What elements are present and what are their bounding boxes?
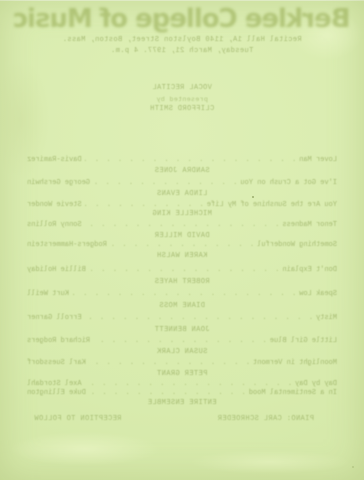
piece-title: In a Sentimental Mood (249, 389, 337, 397)
piece-title: Day by Day (295, 380, 337, 388)
piece-title: Don't Explain (282, 266, 337, 274)
program-performer: DAVID MILLER (27, 232, 337, 240)
piece-composer: Stevie Wonder (27, 201, 82, 209)
program-piece: Something Wonderful . . . . . . . . . . … (27, 241, 337, 249)
mirrored-bleedthrough-layer: Berklee College of Music Recital Hall 1A… (0, 0, 364, 480)
piece-title: Something Wonderful (257, 241, 337, 249)
date-line: Tuesday, March 21, 1977. 4 p.m. (27, 47, 337, 55)
piece-title: Misty (316, 314, 337, 322)
program-piece: In a Sentimental Mood . . . . . . . . . … (27, 389, 337, 397)
dot-leader: . . . . . . . . . . . . . . . . . . . . … (93, 337, 267, 345)
program-piece: Moonlight in Vermont . . . . . . . . . .… (27, 359, 337, 367)
piece-composer: Richard Rodgers (27, 337, 90, 345)
dot-leader: . . . . . . . . . . . . . . . . . . . . … (89, 389, 246, 397)
dot-leader: . . . . . . . . . . . . . . . . . . . . … (89, 359, 250, 367)
dot-leader: . . . . . . . . . . . . . . . . . . . . … (89, 266, 280, 274)
venue-line: Recital Hall 1A, 1140 Boylston Street, B… (27, 36, 337, 44)
piece-title: Tenor Madness (282, 221, 337, 229)
piece-title: Speak Low (299, 290, 337, 298)
program-piece: I've Got a Crush on You . . . . . . . . … (27, 179, 337, 187)
dot-leader: . . . . . . . . . . . . . . . . . . . . … (72, 290, 296, 298)
presented-by-line: presented by (27, 96, 337, 104)
program-performer: LINDA EVANS (27, 190, 337, 198)
piece-composer: Axel Stordahl (27, 380, 82, 388)
program-performer: KAREN WALSH (27, 252, 337, 260)
piece-composer: Kurt Weill (27, 290, 69, 298)
college-logo-text: Berklee College of Music (0, 4, 364, 34)
program-performer: PETER GRANT (27, 370, 337, 378)
piece-composer: Davis-Ramirez (27, 156, 82, 164)
dot-leader: . . . . . . . . . . . . . . . . . . . . … (85, 221, 280, 229)
program-performer: SUSAN CLARK (27, 348, 337, 356)
piece-title: Little Girl Blue (270, 337, 337, 345)
program-piece: Tenor Madness . . . . . . . . . . . . . … (27, 221, 337, 229)
program-piece: Lover Man . . . . . . . . . . . . . . . … (27, 156, 337, 164)
program-performer: ROBERT HAYES (27, 278, 337, 286)
program-piece: You Are the Sunshine of My Life . . . . … (27, 201, 337, 209)
presenter-name: CLIFFORD SMITH (27, 105, 337, 113)
footer-left-note: PIANO: CARL SCHROEDER (217, 415, 314, 423)
dot-leader: . . . . . . . . . . . . . . . . . . . . … (85, 156, 297, 164)
piece-title: You Are the Sunshine of My Life (207, 201, 337, 209)
program-performer: SANDRA JONES (27, 167, 337, 175)
piece-composer: Billie Holiday (27, 266, 86, 274)
dot-leader: . . . . . . . . . . . . . . . . . . . . … (110, 241, 254, 249)
program-piece: Speak Low . . . . . . . . . . . . . . . … (27, 290, 337, 298)
ink-speck (352, 466, 354, 468)
dot-leader: . . . . . . . . . . . . . . . . . . . . … (85, 380, 292, 388)
piece-title: I've Got a Crush on You (240, 179, 337, 187)
program-performer: MICHELLE KING (27, 210, 337, 218)
piece-composer: Sonny Rollins (27, 221, 82, 229)
scanned-program-page: Berklee College of Music Recital Hall 1A… (0, 0, 364, 480)
program-finale-line: ENTIRE ENSEMBLE (27, 399, 337, 407)
program-piece: Little Girl Blue . . . . . . . . . . . .… (27, 337, 337, 345)
program-performer: DIANE MOSS (27, 302, 337, 310)
piece-composer: Karl Suessdorf (27, 359, 86, 367)
piece-title: Moonlight in Vermont (253, 359, 337, 367)
ink-speck (252, 196, 254, 198)
program-performer: JOAN BENNETT (27, 326, 337, 334)
footer-right-note: RECEPTION TO FOLLOW (34, 415, 121, 423)
program-piece: Day by Day . . . . . . . . . . . . . . .… (27, 380, 337, 388)
piece-composer: Duke Ellington (27, 389, 86, 397)
recital-title: VOCAL RECITAL (27, 84, 337, 92)
program-piece: Misty . . . . . . . . . . . . . . . . . … (27, 314, 337, 322)
program-piece: Don't Explain . . . . . . . . . . . . . … (27, 266, 337, 274)
piece-composer: Erroll Garner (27, 314, 82, 322)
piece-title: Lover Man (299, 156, 337, 164)
dot-leader: . . . . . . . . . . . . . . . . . . . . … (85, 201, 204, 209)
dot-leader: . . . . . . . . . . . . . . . . . . . . … (85, 314, 313, 322)
piece-composer: Rodgers-Hammerstein (27, 241, 107, 249)
piece-composer: George Gershwin (27, 179, 90, 187)
dot-leader: . . . . . . . . . . . . . . . . . . . . … (93, 179, 237, 187)
